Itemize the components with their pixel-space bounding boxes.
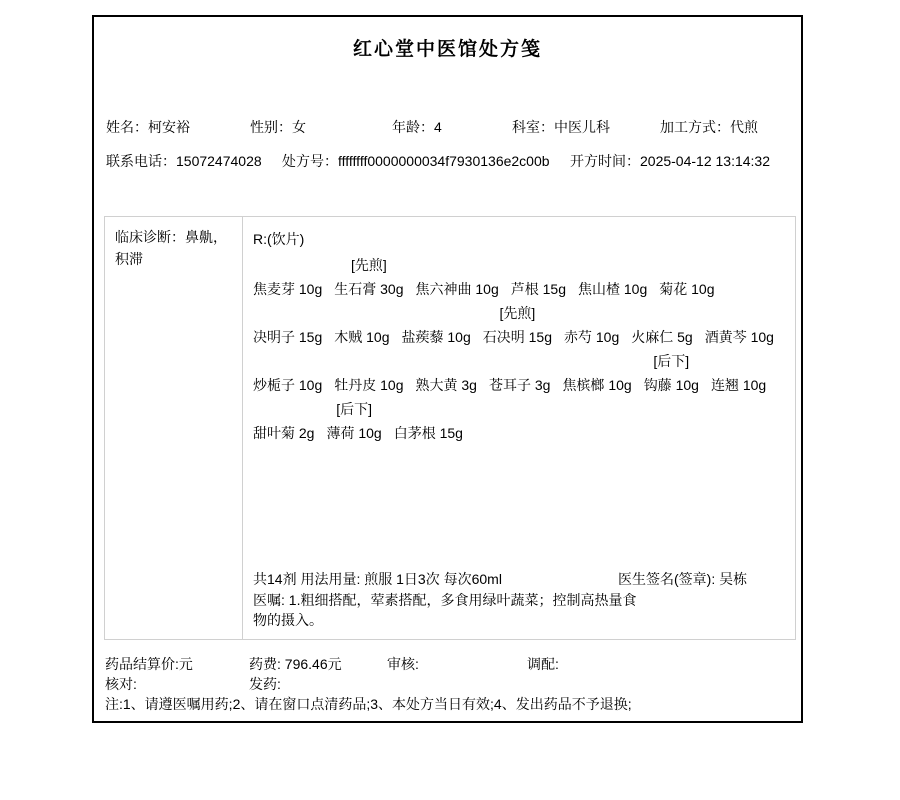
diagnosis-label: 临床诊断： — [115, 229, 185, 245]
herb-line: 焦麦芽 10g[先煎]生石膏 30g焦六神曲 10g芦根 15g焦山楂 10g菊… — [253, 252, 795, 300]
herb-item: [先煎]石决明 15g — [483, 300, 552, 348]
herb-name-dose: 石决明 15g — [483, 326, 552, 348]
dispense-field: 发药: — [249, 674, 281, 694]
herb-item: 菊花 10g — [659, 278, 714, 300]
patient-gender-field: 性别：女 — [250, 117, 306, 137]
usage-text: 共14剂 用法用量: 煎服 1日3次 每次60ml — [253, 571, 502, 587]
doctor-signature: 医生签名(签章): 吴栋 — [618, 569, 747, 589]
usage-row: 共14剂 用法用量: 煎服 1日3次 每次60ml 医生签名(签章): 吴栋 — [253, 569, 900, 589]
herb-name-dose: 酒黄芩 10g — [705, 326, 774, 348]
herb-line: 甜叶菊 2g[后下]薄荷 10g白茅根 15g — [253, 396, 795, 444]
prescription-sheet: 红心堂中医馆处方笺 姓名：柯安裕 性别：女 年龄：4 科室：中医儿科 加工方式：… — [92, 15, 803, 723]
herb-line: 决明子 15g木贼 10g盐蒺藜 10g[先煎]石决明 15g赤芍 10g火麻仁… — [253, 300, 795, 348]
herb-decoction-tag: [先煎] — [483, 300, 552, 326]
herb-name-dose: 牡丹皮 10g — [334, 374, 403, 396]
patient-age-label: 年龄： — [392, 119, 434, 135]
department-label: 科室： — [512, 119, 554, 135]
herb-item: 连翘 10g — [711, 374, 766, 396]
herb-item: 酒黄芩 10g — [705, 326, 774, 348]
herb-item: 白茅根 15g — [394, 422, 463, 444]
prescribe-time-value: 2025-04-12 13:14:32 — [640, 153, 770, 169]
settlement-price-field: 药品结算价:元 — [105, 654, 193, 674]
herb-decoction-tag: [后下] — [644, 348, 699, 374]
phone-field: 联系电话：15072474028 — [106, 151, 262, 171]
processing-method-field: 加工方式：代煎 — [660, 117, 758, 137]
patient-name-label: 姓名： — [106, 119, 148, 135]
herb-item: 炒栀子 10g — [253, 374, 322, 396]
page-title: 红心堂中医馆处方笺 — [94, 34, 801, 61]
clinical-diagnosis: 临床诊断：鼻鼽，积滞 — [105, 217, 243, 639]
patient-gender-label: 性别： — [250, 119, 292, 135]
doctor-signature-label: 医生签名(签章): — [618, 571, 715, 587]
herb-item: 焦槟榔 10g — [562, 374, 631, 396]
processing-method-value: 代煎 — [730, 119, 758, 135]
herb-item: 决明子 15g — [253, 326, 322, 348]
herb-name-dose: 盐蒺藜 10g — [402, 326, 471, 348]
herb-name-dose: 焦槟榔 10g — [562, 374, 631, 396]
doctor-signature-name: 吴栋 — [719, 571, 747, 587]
herb-name-dose: 芦根 15g — [511, 278, 566, 300]
phone-value: 15072474028 — [176, 153, 262, 169]
herb-name-dose: 焦山楂 10g — [578, 278, 647, 300]
herb-name-dose: 木贼 10g — [334, 326, 389, 348]
herb-item: 木贼 10g — [334, 326, 389, 348]
herb-name-dose: 钩藤 10g — [644, 374, 699, 396]
patient-age-value: 4 — [434, 119, 442, 135]
doctor-instruction: 医嘱: 1.粗细搭配，荤素搭配，多食用绿叶蔬菜；控制高热量食物的摄入。 — [253, 590, 649, 630]
herb-decoction-tag: [先煎] — [334, 252, 403, 278]
check-field: 核对: — [105, 674, 137, 694]
prescription-page: 红心堂中医馆处方笺 姓名：柯安裕 性别：女 年龄：4 科室：中医儿科 加工方式：… — [0, 0, 900, 800]
herb-name-dose: 甜叶菊 2g — [253, 422, 314, 444]
settlement-price-label: 药品结算价: — [105, 656, 179, 672]
herb-item: 甜叶菊 2g — [253, 422, 314, 444]
dispensing-prep-field: 调配: — [527, 654, 559, 674]
herb-name-dose: 薄荷 10g — [326, 422, 381, 444]
herb-item: 牡丹皮 10g — [334, 374, 403, 396]
phone-label: 联系电话： — [106, 153, 176, 169]
patient-name-value: 柯安裕 — [148, 119, 190, 135]
department-field: 科室：中医儿科 — [512, 117, 610, 137]
prescription-number-label: 处方号： — [282, 153, 338, 169]
herb-name-dose: 苍耳子 3g — [489, 374, 550, 396]
herb-name-dose: 菊花 10g — [659, 278, 714, 300]
department-value: 中医儿科 — [554, 119, 610, 135]
prescription-box: 临床诊断：鼻鼽，积滞 R:(饮片) 焦麦芽 10g[先煎]生石膏 30g焦六神曲… — [104, 216, 796, 640]
herb-name-dose: 决明子 15g — [253, 326, 322, 348]
fee-value: 796.46元 — [285, 656, 342, 672]
herb-name-dose: 炒栀子 10g — [253, 374, 322, 396]
herb-item: 焦六神曲 10g — [416, 278, 499, 300]
herb-name-dose: 生石膏 30g — [334, 278, 403, 300]
herb-item: 熟大黄 3g — [416, 374, 477, 396]
patient-gender-value: 女 — [292, 119, 306, 135]
rx-footer: 共14剂 用法用量: 煎服 1日3次 每次60ml 医生签名(签章): 吴栋 医… — [253, 569, 900, 630]
herb-item: 焦麦芽 10g — [253, 278, 322, 300]
fee-label: 药费: — [249, 656, 281, 672]
herb-name-dose: 白茅根 15g — [394, 422, 463, 444]
patient-age-field: 年龄：4 — [392, 117, 442, 137]
herb-line: 炒栀子 10g牡丹皮 10g熟大黄 3g苍耳子 3g焦槟榔 10g[后下]钩藤 … — [253, 348, 795, 396]
herb-item: 盐蒺藜 10g — [402, 326, 471, 348]
herb-name-dose: 熟大黄 3g — [416, 374, 477, 396]
prescribe-time-field: 开方时间：2025-04-12 13:14:32 — [570, 151, 770, 171]
herb-item: [后下]薄荷 10g — [326, 396, 381, 444]
herb-name-dose: 连翘 10g — [711, 374, 766, 396]
footer-note: 注:1、请遵医嘱用药;2、请在窗口点清药品;3、本处方当日有效;4、发出药品不予… — [105, 694, 632, 714]
prescribe-time-label: 开方时间： — [570, 153, 640, 169]
herb-item: 苍耳子 3g — [489, 374, 550, 396]
herb-item: 赤芍 10g — [564, 326, 619, 348]
fee-field: 药费: 796.46元 — [249, 654, 342, 674]
patient-name-field: 姓名：柯安裕 — [106, 117, 190, 137]
herb-name-dose: 火麻仁 5g — [631, 326, 692, 348]
prescription-number-field: 处方号：ffffffff0000000034f7930136e2c00b — [282, 151, 550, 171]
prescription-detail: R:(饮片) 焦麦芽 10g[先煎]生石膏 30g焦六神曲 10g芦根 15g焦… — [243, 217, 795, 639]
herb-item: 火麻仁 5g — [631, 326, 692, 348]
prescription-number-value: ffffffff0000000034f7930136e2c00b — [338, 153, 550, 169]
herb-name-dose: 焦麦芽 10g — [253, 278, 322, 300]
herb-list: 焦麦芽 10g[先煎]生石膏 30g焦六神曲 10g芦根 15g焦山楂 10g菊… — [253, 252, 795, 444]
herb-item: 芦根 15g — [511, 278, 566, 300]
herb-name-dose: 赤芍 10g — [564, 326, 619, 348]
herb-decoction-tag: [后下] — [326, 396, 381, 422]
processing-method-label: 加工方式： — [660, 119, 730, 135]
herb-item: 焦山楂 10g — [578, 278, 647, 300]
rx-header: R:(饮片) — [253, 228, 795, 252]
review-field: 审核: — [387, 654, 419, 674]
herb-item: [先煎]生石膏 30g — [334, 252, 403, 300]
settlement-price-unit: 元 — [179, 656, 193, 672]
herb-name-dose: 焦六神曲 10g — [416, 278, 499, 300]
herb-item: [后下]钩藤 10g — [644, 348, 699, 396]
